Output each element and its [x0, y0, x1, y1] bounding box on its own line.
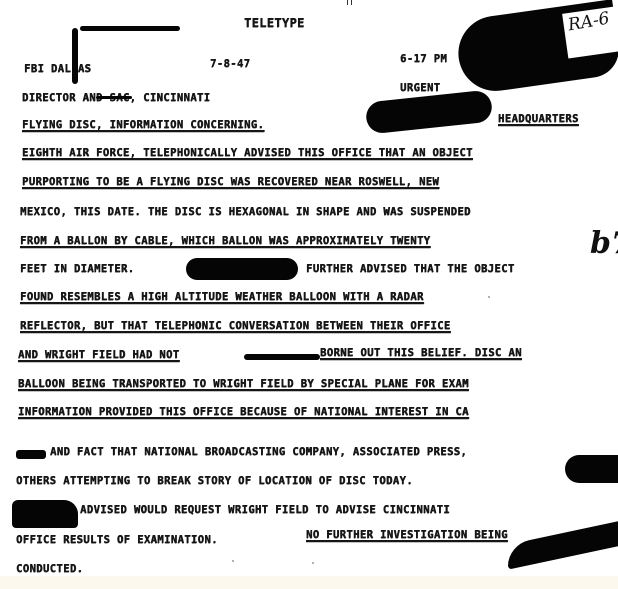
page-margin — [0, 576, 618, 589]
redaction-mark — [80, 26, 180, 31]
body-line: CONDUCTED. — [16, 562, 83, 576]
body-line: FOUND RESEMBLES A HIGH ALTITUDE WEATHER … — [20, 290, 424, 304]
body-line: AND FACT THAT NATIONAL BROADCASTING COMP… — [50, 445, 467, 459]
body-line: MEXICO, THIS DATE. THE DISC IS HEXAGONAL… — [20, 205, 471, 219]
redaction-block — [365, 90, 494, 135]
handwritten-margin-note: b7 — [590, 226, 618, 261]
scan-artifact — [146, 380, 148, 382]
document-title: TELETYPE — [244, 16, 305, 30]
body-line: OTHERS ATTEMPTING TO BREAK STORY OF LOCA… — [16, 474, 413, 488]
redaction-mark — [96, 96, 132, 99]
body-line: INFORMATION PROVIDED THIS OFFICE BECAUSE… — [18, 405, 469, 419]
scan-artifact — [232, 560, 234, 562]
body-line: OFFICE RESULTS OF EXAMINATION. — [16, 533, 218, 547]
teletype-document: TELETYPE FBI DALLAS 7-8-47 6-17 PM URGEN… — [0, 0, 618, 576]
scan-artifact — [488, 296, 490, 298]
body-line: AND WRIGHT FIELD HAD NOT — [18, 348, 179, 362]
priority: URGENT — [400, 81, 440, 95]
time: 6-17 PM — [400, 52, 447, 66]
scan-artifact — [312, 562, 314, 564]
body-line: EIGHTH AIR FORCE, TELEPHONICALLY ADVISED… — [22, 146, 473, 160]
subject: FLYING DISC, INFORMATION CONCERNING. — [22, 118, 264, 132]
body-line: REFLECTOR, BUT THAT TELEPHONIC CONVERSAT… — [20, 319, 451, 333]
redaction-mark — [244, 354, 320, 360]
date: 7-8-47 — [210, 57, 250, 71]
body-line: FURTHER ADVISED THAT THE OBJECT — [306, 262, 515, 276]
sender: FBI DALLAS — [24, 62, 91, 76]
redaction-mark — [16, 450, 46, 459]
redaction-block — [186, 258, 298, 280]
body-line: FEET IN DIAMETER. — [20, 262, 134, 276]
body-line: HEADQUARTERS — [498, 112, 579, 126]
body-line: BALLOON BEING TRANSPORTED TO WRIGHT FIEL… — [18, 377, 469, 391]
redaction-block — [12, 500, 78, 528]
body-line: PURPORTING TO BE A FLYING DISC WAS RECOV… — [22, 175, 439, 189]
body-line: FROM A BALLON BY CABLE, WHICH BALLON WAS… — [20, 234, 430, 248]
redaction-block — [508, 521, 618, 569]
body-line: BORNE OUT THIS BELIEF. DISC AN — [320, 346, 522, 360]
redaction-mark — [72, 28, 78, 84]
body-line: NO FURTHER INVESTIGATION BEING — [306, 528, 508, 542]
page-mark — [347, 0, 352, 5]
body-line: ADVISED WOULD REQUEST WRIGHT FIELD TO AD… — [80, 503, 450, 517]
redaction-block — [565, 455, 618, 483]
